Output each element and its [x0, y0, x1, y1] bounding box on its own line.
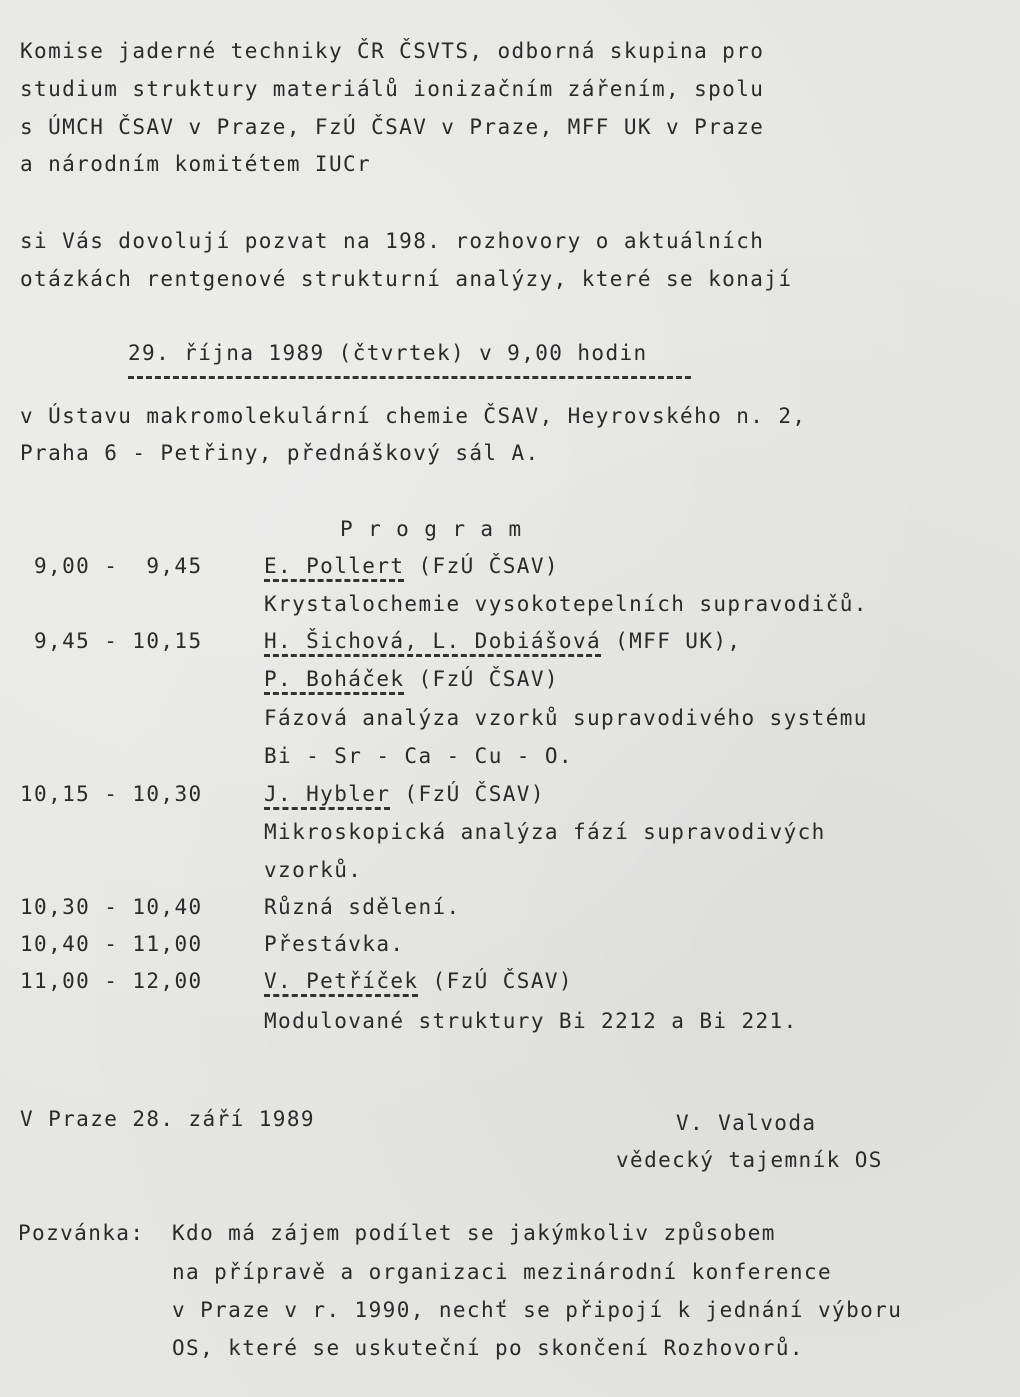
talk-title: vzorků. — [264, 857, 362, 883]
program-text: Různá sdělení. — [264, 894, 461, 920]
venue-line: Praha 6 - Petřiny, přednáškový sál A. — [20, 440, 540, 466]
invitation-line: si Vás dovolují pozvat na 198. rozhovory… — [20, 228, 764, 254]
talk-title: Modulované struktury Bi 2212 a Bi 221. — [264, 1008, 798, 1034]
program-speaker-row: P. Boháček (FzÚ ČSAV) — [264, 666, 559, 692]
program-speaker-row: J. Hybler (FzÚ ČSAV) — [264, 781, 545, 807]
program-time: 10,40 - 11,00 — [20, 931, 203, 957]
speaker-name: P. Boháček — [264, 667, 404, 695]
place-date: V Praze 28. září 1989 — [20, 1106, 315, 1132]
program-time: 10,30 - 10,40 — [20, 894, 203, 920]
header-line: a národním komitétem IUCr — [20, 151, 371, 177]
event-date: 29. října 1989 (čtvrtek) v 9,00 hodin — [128, 340, 648, 366]
speaker-name: E. Pollert — [264, 554, 404, 582]
speaker-affiliation: (MFF UK), — [601, 629, 741, 653]
header-line: s ÚMCH ČSAV v Praze, FzÚ ČSAV v Praze, M… — [20, 114, 764, 140]
speaker-name: V. Petříček — [264, 969, 418, 997]
talk-title: Bi - Sr - Ca - Cu - O. — [264, 743, 573, 769]
speaker-affiliation: (FzÚ ČSAV) — [404, 554, 558, 578]
speaker-affiliation: (FzÚ ČSAV) — [390, 782, 544, 806]
invitation-line: otázkách rentgenové strukturní analýzy, … — [20, 266, 792, 292]
header-line: studium struktury materiálů ionizačním z… — [20, 76, 764, 102]
program-speaker-row: E. Pollert (FzÚ ČSAV) — [264, 553, 559, 579]
talk-title: Fázová analýza vzorků supravodivého syst… — [264, 705, 868, 731]
note-line: v Praze v r. 1990, nechť se připojí k je… — [172, 1297, 902, 1323]
header-line: Komise jaderné techniky ČR ČSVTS, odborn… — [20, 38, 764, 64]
note-label: Pozvánka: — [18, 1220, 144, 1246]
signer-name: V. Valvoda — [676, 1110, 816, 1136]
note-line: OS, které se uskuteční po skončení Rozho… — [172, 1335, 804, 1361]
venue-line: v Ústavu makromolekulární chemie ČSAV, H… — [20, 403, 806, 429]
program-title: P r o g r a m — [340, 516, 523, 542]
program-speaker-row: V. Petříček (FzÚ ČSAV) — [264, 968, 573, 994]
speaker-name: J. Hybler — [264, 782, 390, 810]
program-time: 9,00 - 9,45 — [34, 553, 203, 579]
speaker-affiliation: (FzÚ ČSAV) — [418, 969, 572, 993]
program-speaker-row: H. Šichová, L. Dobiášová (MFF UK), — [264, 628, 741, 654]
note-line: na přípravě a organizaci mezinárodní kon… — [172, 1259, 832, 1285]
talk-title: Krystalochemie vysokotepelních supravodi… — [264, 591, 868, 617]
signer-title: vědecký tajemník OS — [616, 1147, 883, 1173]
program-time: 10,15 - 10,30 — [20, 781, 203, 807]
talk-title: Mikroskopická analýza fází supravodivých — [264, 819, 826, 845]
program-time: 9,45 - 10,15 — [34, 628, 203, 654]
program-time: 11,00 - 12,00 — [20, 968, 203, 994]
note-line: Kdo má zájem podílet se jakýmkoliv způso… — [172, 1220, 776, 1246]
speaker-name: H. Šichová, L. Dobiášová — [264, 629, 601, 657]
speaker-affiliation: (FzÚ ČSAV) — [404, 667, 558, 691]
date-underline — [128, 376, 691, 379]
program-text: Přestávka. — [264, 931, 404, 957]
